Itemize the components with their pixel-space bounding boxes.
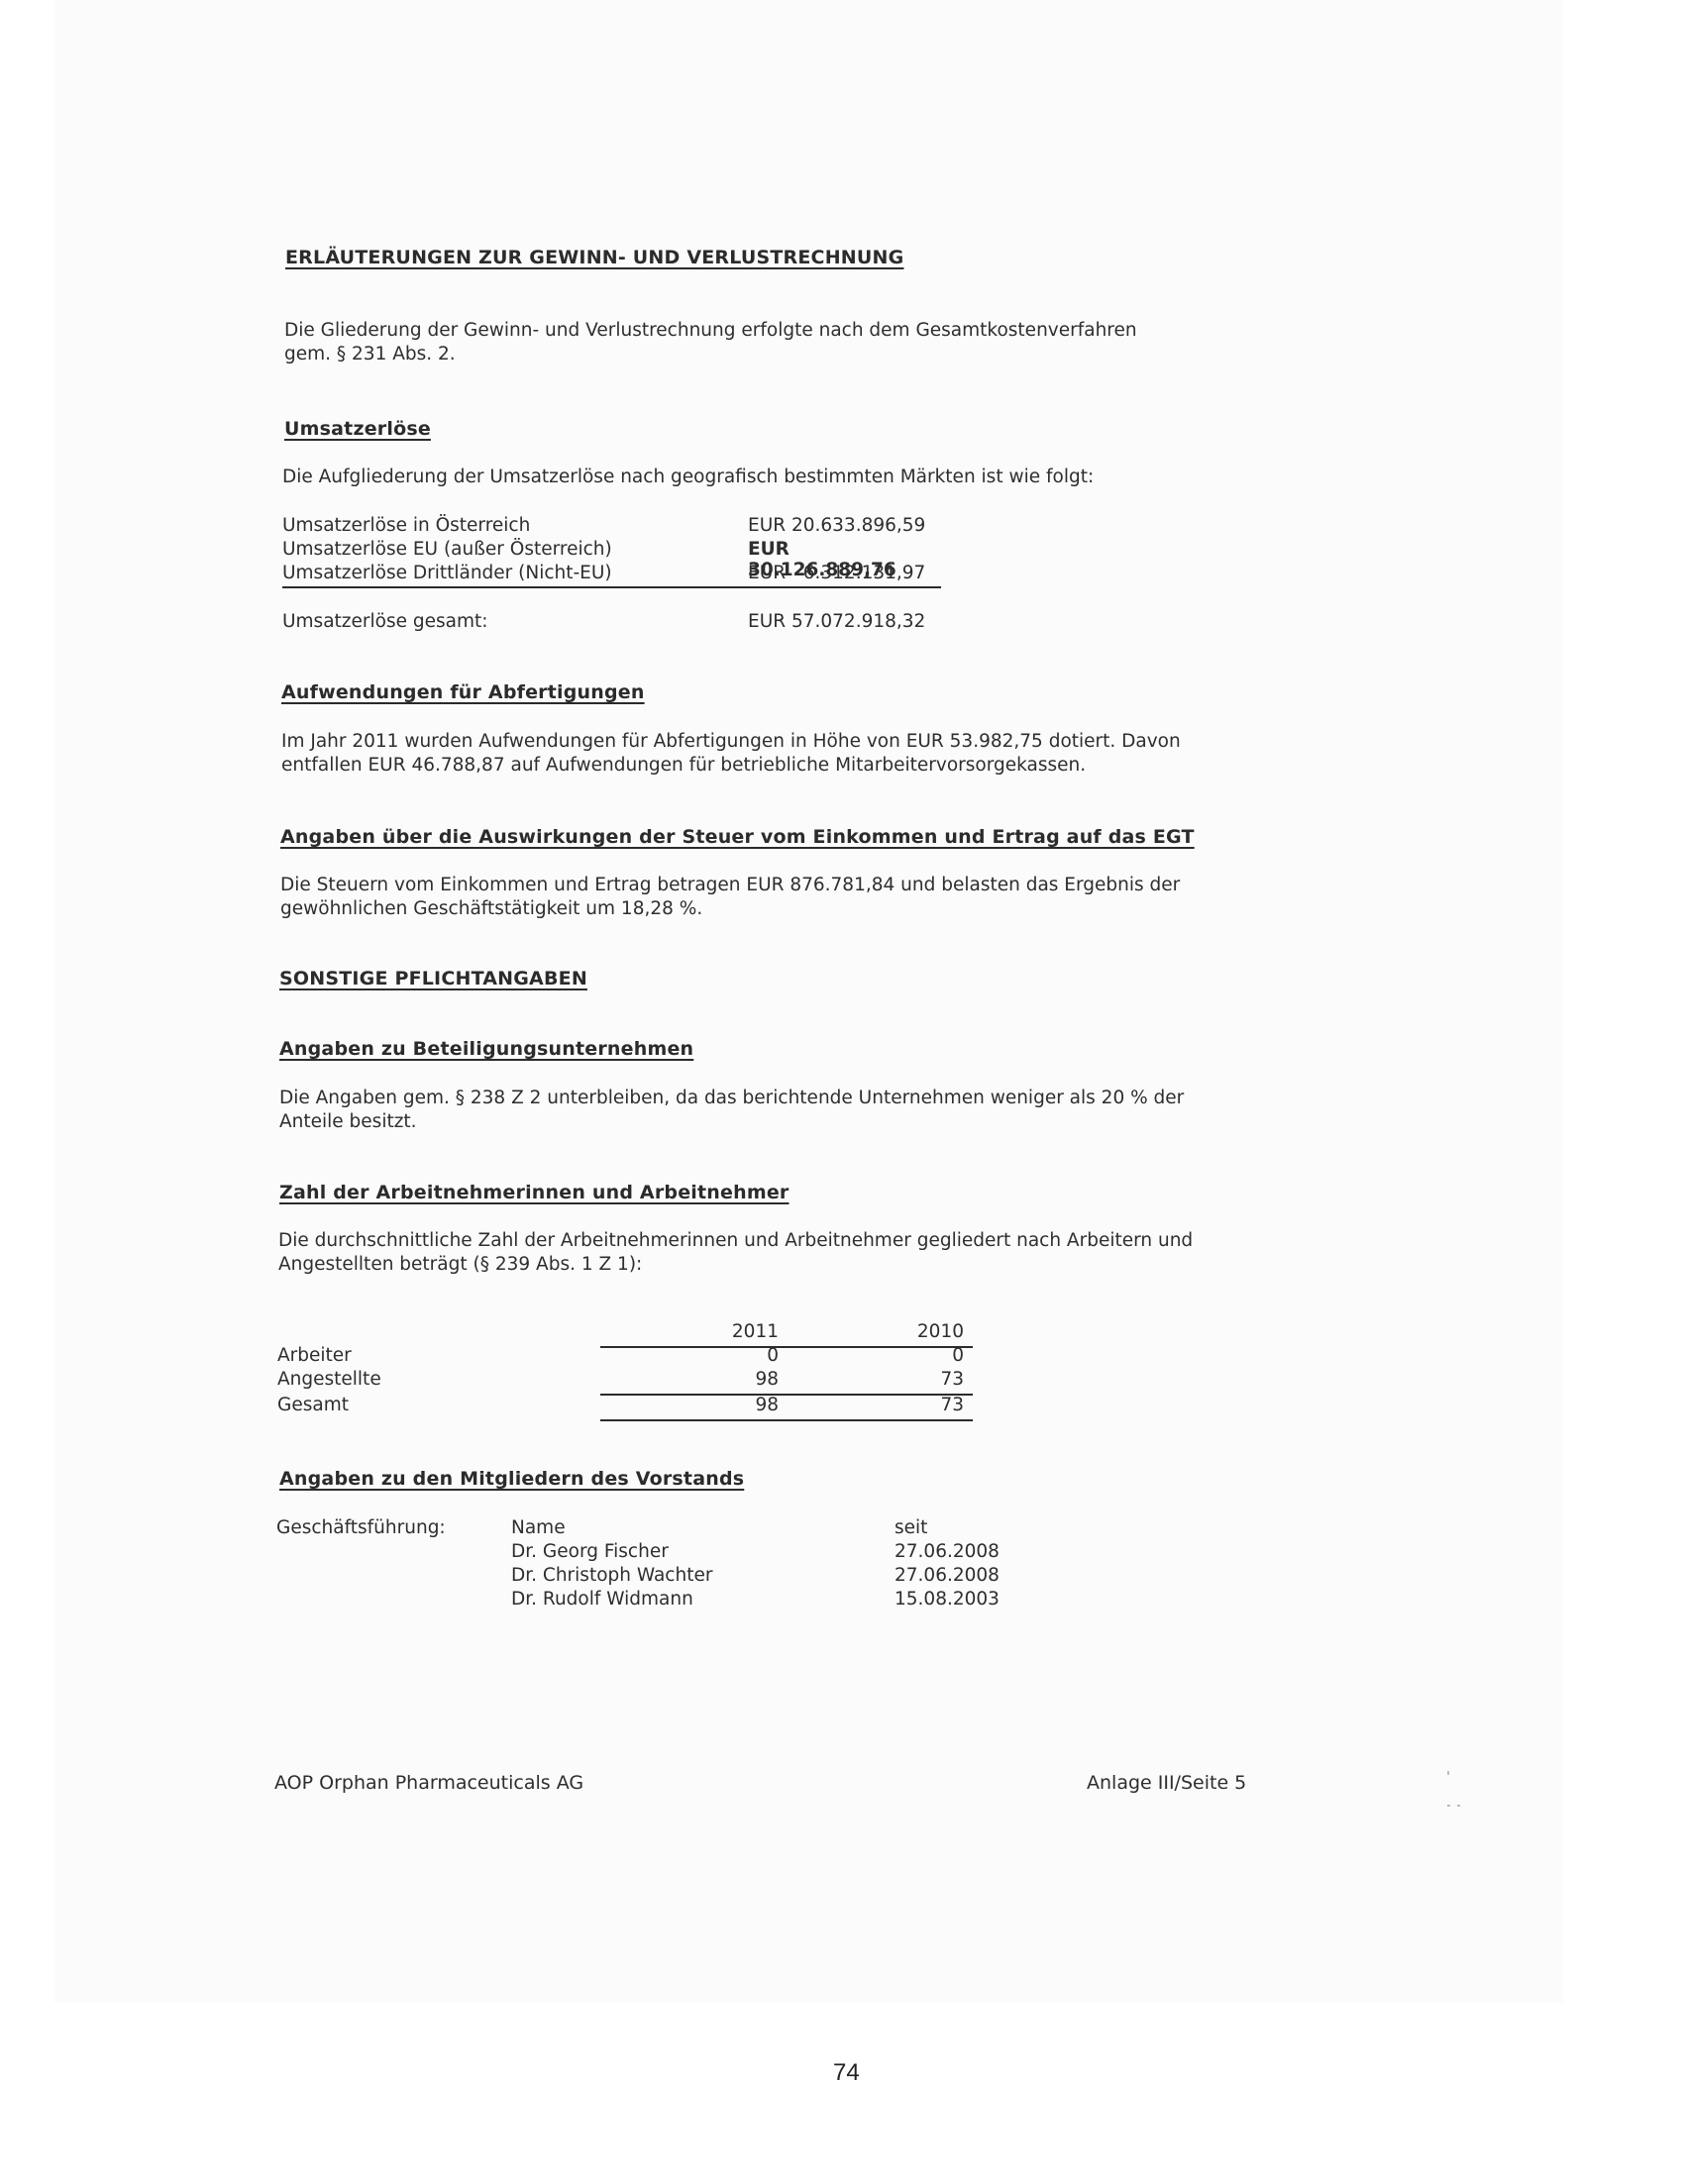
board-column-name: Name xyxy=(511,1517,566,1538)
scan-artifact xyxy=(1447,1771,1449,1775)
holdings-heading: Angaben zu Beteiligungsunternehmen xyxy=(279,1038,693,1060)
footer-company: AOP Orphan Pharmaceuticals AG xyxy=(274,1772,583,1794)
page-number: 74 xyxy=(833,2059,860,2087)
board-member-since: 15.08.2003 xyxy=(895,1589,1000,1610)
intro-paragraph: Die Gliederung der Gewinn- und Verlustre… xyxy=(284,319,1137,366)
revenue-value: EUR 6.312.131,97 xyxy=(748,563,925,583)
revenue-row-austria: Umsatzerlöse in Österreich EUR 20.633.89… xyxy=(282,515,941,539)
footer-reference: Anlage III/Seite 5 xyxy=(1087,1772,1246,1794)
row-label-gesamt: Gesamt xyxy=(277,1395,349,1415)
tax-heading: Angaben über die Auswirkungen der Steuer… xyxy=(280,826,1195,848)
other-disclosures-title: SONSTIGE PFLICHTANGABEN xyxy=(279,968,587,989)
severance-heading: Aufwendungen für Abfertigungen xyxy=(281,681,645,703)
revenue-total-value: EUR 57.072.918,32 xyxy=(748,611,925,632)
board-member-since: 27.06.2008 xyxy=(895,1541,1000,1562)
revenue-label: Umsatzerlöse in Österreich xyxy=(282,515,530,536)
tax-paragraph: Die Steuern vom Einkommen und Ertrag bet… xyxy=(280,874,1180,921)
board-member-since: 27.06.2008 xyxy=(895,1565,1000,1586)
tax-line-2: gewöhnlichen Geschäftstätigkeit um 18,28… xyxy=(280,897,1180,921)
revenue-intro: Die Aufgliederung der Umsatzerlöse nach … xyxy=(282,466,1094,489)
cell-arbeiter-2011: 0 xyxy=(699,1345,779,1366)
severance-line-2: entfallen EUR 46.788,87 auf Aufwendungen… xyxy=(281,754,1181,778)
revenue-heading: Umsatzerlöse xyxy=(284,418,431,440)
row-label-arbeiter: Arbeiter xyxy=(277,1345,352,1366)
employees-heading: Zahl der Arbeitnehmerinnen und Arbeitneh… xyxy=(279,1182,789,1203)
revenue-row-total: Umsatzerlöse gesamt: EUR 57.072.918,32 xyxy=(282,611,941,635)
board-member-name: Dr. Rudolf Widmann xyxy=(511,1589,693,1610)
severance-line-1: Im Jahr 2011 wurden Aufwendungen für Abf… xyxy=(281,730,1181,754)
board-member-name: Dr. Christoph Wachter xyxy=(511,1565,712,1586)
scan-artifact xyxy=(1447,1805,1450,1807)
tax-line-1: Die Steuern vom Einkommen und Ertrag bet… xyxy=(280,874,1180,897)
column-header-2011: 2011 xyxy=(699,1321,779,1342)
board-member-name: Dr. Georg Fischer xyxy=(511,1541,669,1562)
employees-line-1: Die durchschnittliche Zahl der Arbeitneh… xyxy=(278,1229,1193,1253)
board-heading: Angaben zu den Mitgliedern des Vorstands xyxy=(279,1468,744,1490)
board-column-since: seit xyxy=(895,1517,927,1538)
severance-paragraph: Im Jahr 2011 wurden Aufwendungen für Abf… xyxy=(281,730,1181,778)
revenue-label: Umsatzerlöse EU (außer Österreich) xyxy=(282,539,612,560)
revenue-row-third-countries: Umsatzerlöse Drittländer (Nicht-EU) EUR … xyxy=(282,563,941,588)
revenue-label: Umsatzerlöse Drittländer (Nicht-EU) xyxy=(282,563,612,583)
holdings-line-1: Die Angaben gem. § 238 Z 2 unterbleiben,… xyxy=(279,1087,1184,1110)
row-label-angestellte: Angestellte xyxy=(277,1369,381,1390)
cell-arbeiter-2010: 0 xyxy=(885,1345,964,1366)
revenue-value: EUR 20.633.896,59 xyxy=(748,515,925,536)
intro-line-2: gem. § 231 Abs. 2. xyxy=(284,343,1137,366)
main-title: ERLÄUTERUNGEN ZUR GEWINN- UND VERLUSTREC… xyxy=(285,247,903,268)
scanned-page-background xyxy=(54,0,1563,2003)
cell-angestellte-2011: 98 xyxy=(699,1369,779,1390)
revenue-row-eu: Umsatzerlöse EU (außer Österreich) EUR 3… xyxy=(282,539,941,563)
employees-line-2: Angestellten beträgt (§ 239 Abs. 1 Z 1): xyxy=(278,1253,1193,1277)
holdings-line-2: Anteile besitzt. xyxy=(279,1110,1184,1134)
employees-paragraph: Die durchschnittliche Zahl der Arbeitneh… xyxy=(278,1229,1193,1277)
holdings-paragraph: Die Angaben gem. § 238 Z 2 unterbleiben,… xyxy=(279,1087,1184,1134)
board-role-label: Geschäftsführung: xyxy=(276,1517,446,1538)
intro-line-1: Die Gliederung der Gewinn- und Verlustre… xyxy=(284,319,1137,343)
column-header-2010: 2010 xyxy=(885,1321,964,1342)
scan-artifact xyxy=(1457,1805,1460,1807)
revenue-total-label: Umsatzerlöse gesamt: xyxy=(282,611,487,632)
cell-angestellte-2010: 73 xyxy=(885,1369,964,1390)
table-rule-bottom xyxy=(600,1419,973,1421)
cell-gesamt-2011: 98 xyxy=(699,1395,779,1415)
cell-gesamt-2010: 73 xyxy=(885,1395,964,1415)
